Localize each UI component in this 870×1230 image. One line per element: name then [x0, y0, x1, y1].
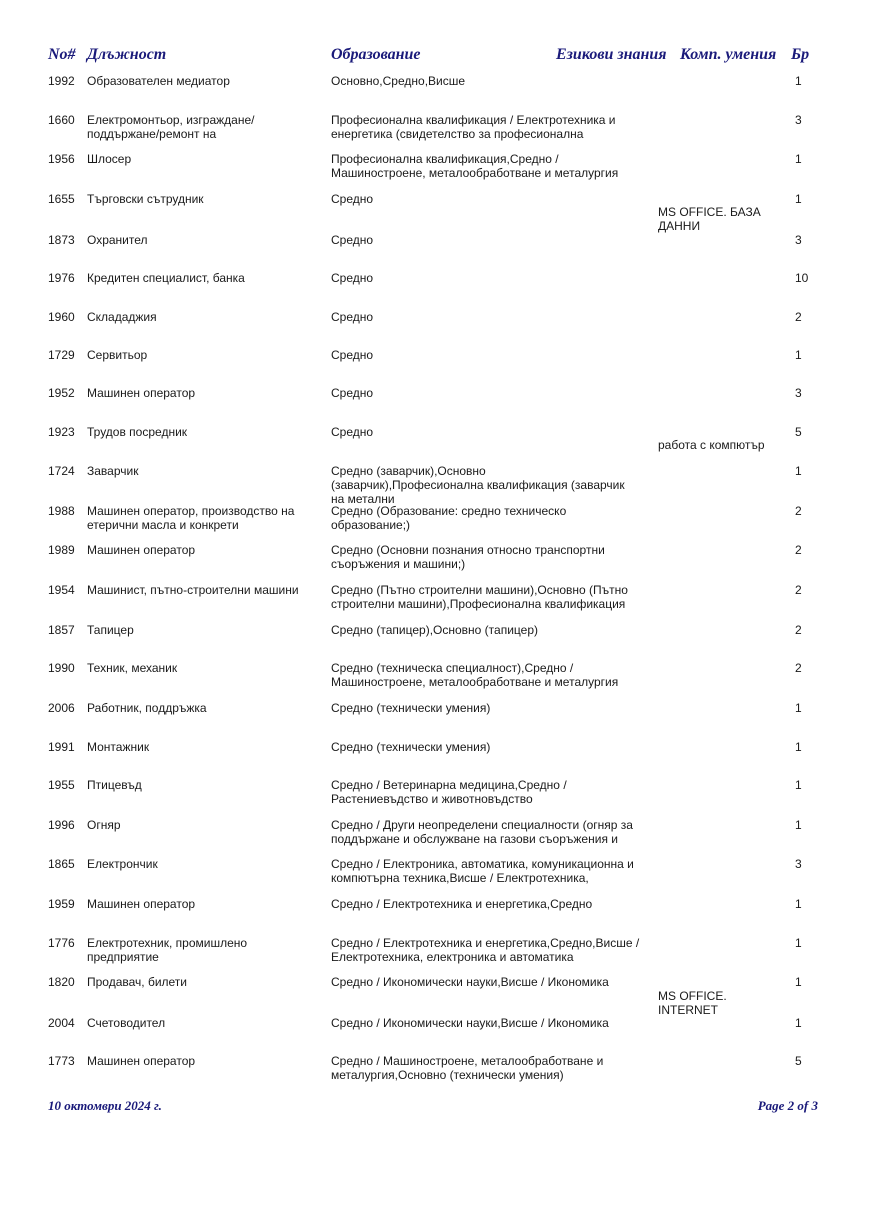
row-no: 1660 [48, 113, 75, 127]
row-position: Охранител [87, 233, 317, 247]
row-education: Професионална квалификация,Средно / Маши… [331, 152, 641, 180]
row-no: 1956 [48, 152, 75, 166]
row-no: 1776 [48, 936, 75, 950]
header-languages: Езикови знания [556, 46, 667, 64]
computer-skills-note: MS OFFICE. БАЗА ДАННИ [658, 205, 778, 233]
row-count: 1 [795, 975, 802, 989]
header-no: No# [48, 46, 76, 64]
row-no: 1724 [48, 464, 75, 478]
row-position: Сервитьор [87, 348, 317, 362]
row-no: 1865 [48, 857, 75, 871]
row-no: 1820 [48, 975, 75, 989]
row-position: Склададжия [87, 310, 317, 324]
row-no: 1992 [48, 74, 75, 88]
row-no: 1729 [48, 348, 75, 362]
row-no: 1873 [48, 233, 75, 247]
row-position: Електрончик [87, 857, 317, 871]
row-position: Птицевъд [87, 778, 317, 792]
row-count: 2 [795, 310, 802, 324]
row-position: Машинен оператор [87, 386, 317, 400]
row-education: Основно,Средно,Висше [331, 74, 641, 88]
row-count: 1 [795, 192, 802, 206]
row-count: 1 [795, 701, 802, 715]
header-computer-skills: Комп. умения [680, 46, 776, 64]
row-position: Електротехник, промишлено предприятие [87, 936, 317, 964]
computer-skills-note: MS OFFICE. INTERNET [658, 989, 778, 1017]
row-count: 3 [795, 386, 802, 400]
row-education: Средно / Други неопределени специалности… [331, 818, 641, 846]
row-no: 1954 [48, 583, 75, 597]
row-count: 1 [795, 348, 802, 362]
row-no: 1955 [48, 778, 75, 792]
row-count: 2 [795, 623, 802, 637]
row-education: Средно / Икономически науки,Висше / Икон… [331, 975, 641, 989]
row-education: Средно / Електротехника и енергетика,Сре… [331, 936, 641, 964]
row-no: 2004 [48, 1016, 75, 1030]
row-position: Електромонтьор, изграждане/поддържане/ре… [87, 113, 317, 141]
row-education: Средно (Основни познания относно транспо… [331, 543, 641, 571]
row-position: Работник, поддръжка [87, 701, 317, 715]
row-position: Машинен оператор [87, 897, 317, 911]
row-position: Огняр [87, 818, 317, 832]
row-no: 1960 [48, 310, 75, 324]
row-education: Средно (заварчик),Основно (заварчик),Про… [331, 464, 641, 506]
row-count: 2 [795, 543, 802, 557]
row-count: 1 [795, 936, 802, 950]
header-count: Бр [791, 46, 809, 64]
row-count: 3 [795, 113, 802, 127]
row-count: 2 [795, 504, 802, 518]
row-no: 1991 [48, 740, 75, 754]
row-education: Средно / Електроника, автоматика, комуни… [331, 857, 641, 885]
row-education: Средно [331, 271, 641, 285]
row-count: 2 [795, 583, 802, 597]
row-count: 1 [795, 897, 802, 911]
row-position: Техник, механик [87, 661, 317, 675]
header-education: Образование [331, 46, 421, 64]
row-count: 3 [795, 233, 802, 247]
header-position: Длъжност [87, 46, 166, 64]
row-no: 1990 [48, 661, 75, 675]
row-education: Средно (Пътно строителни машини),Основно… [331, 583, 641, 611]
row-count: 1 [795, 778, 802, 792]
row-position: Търговски сътрудник [87, 192, 317, 206]
row-position: Заварчик [87, 464, 317, 478]
row-no: 1857 [48, 623, 75, 637]
row-position: Машинен оператор [87, 1054, 317, 1068]
row-education: Средно [331, 425, 641, 439]
row-no: 1989 [48, 543, 75, 557]
row-education: Средно [331, 348, 641, 362]
row-count: 1 [795, 818, 802, 832]
row-no: 1996 [48, 818, 75, 832]
row-position: Машинен оператор, производство на етерич… [87, 504, 317, 532]
row-count: 10 [795, 271, 808, 285]
row-education: Средно [331, 386, 641, 400]
row-position: Тапицер [87, 623, 317, 637]
row-position: Машинист, пътно-строителни машини [87, 583, 317, 597]
row-count: 1 [795, 152, 802, 166]
row-position: Образователен медиатор [87, 74, 317, 88]
row-position: Монтажник [87, 740, 317, 754]
row-count: 5 [795, 1054, 802, 1068]
row-education: Средно (технически умения) [331, 701, 641, 715]
row-education: Средно [331, 233, 641, 247]
row-no: 1988 [48, 504, 75, 518]
row-position: Машинен оператор [87, 543, 317, 557]
row-education: Средно (техническа специалност),Средно /… [331, 661, 641, 689]
row-position: Трудов посредник [87, 425, 317, 439]
footer-date: 10 октомври 2024 г. [48, 1098, 162, 1114]
row-no: 1655 [48, 192, 75, 206]
row-count: 3 [795, 857, 802, 871]
row-position: Продавач, билети [87, 975, 317, 989]
row-count: 1 [795, 740, 802, 754]
row-position: Кредитен специалист, банка [87, 271, 317, 285]
row-position: Шлосер [87, 152, 317, 166]
row-no: 1959 [48, 897, 75, 911]
row-no: 1976 [48, 271, 75, 285]
row-no: 2006 [48, 701, 75, 715]
row-education: Средно [331, 310, 641, 324]
row-no: 1773 [48, 1054, 75, 1068]
row-education: Средно / Ветеринарна медицина,Средно / Р… [331, 778, 641, 806]
row-count: 5 [795, 425, 802, 439]
row-position: Счетоводител [87, 1016, 317, 1030]
row-count: 1 [795, 74, 802, 88]
footer-page-number: Page 2 of 3 [758, 1098, 818, 1114]
row-education: Професионална квалификация / Електротехн… [331, 113, 641, 141]
row-education: Средно / Икономически науки,Висше / Икон… [331, 1016, 641, 1030]
row-education: Средно [331, 192, 641, 206]
row-count: 2 [795, 661, 802, 675]
computer-skills-note: работа с компютър [658, 438, 778, 452]
row-count: 1 [795, 1016, 802, 1030]
row-no: 1923 [48, 425, 75, 439]
row-no: 1952 [48, 386, 75, 400]
row-education: Средно / Електротехника и енергетика,Сре… [331, 897, 641, 911]
row-education: Средно (тапицер),Основно (тапицер) [331, 623, 641, 637]
row-education: Средно (Образование: средно техническо о… [331, 504, 641, 532]
row-education: Средно (технически умения) [331, 740, 641, 754]
row-count: 1 [795, 464, 802, 478]
row-education: Средно / Машиностроене, металообработван… [331, 1054, 641, 1082]
